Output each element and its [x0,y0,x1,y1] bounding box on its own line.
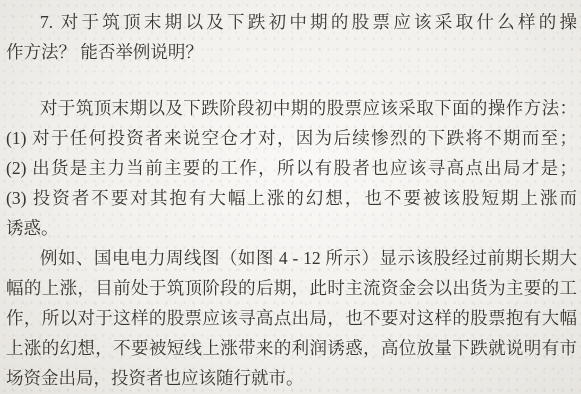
method-item-1: (1) 对于任何投资者来说空仓才对，因为后续惨烈的下跌将不期而至； [6,123,577,153]
methods-intro-line: 对于筑顶末期以及下跌阶段初中期的股票应该采取下面的操作方法： [6,93,577,123]
example-line-2: 幅的上涨，目前处于筑顶阶段的后期，此时主流资金会以出货为主要的工 [6,273,577,303]
example-line-3: 作，所以对于这样的股票应该寻高点出局，也不要对这样的股票抱有大幅 [6,303,577,333]
method-item-2: (2) 出货是主力当前主要的工作，所以有股者也应该寻高点出局才是； [6,153,577,183]
method-item-3-continuation: 诱惑。 [6,213,577,243]
answer-example-paragraph: 例如、国电电力周线图（如图 4 - 12 所示）显示该股经过前期长期大 幅的上涨… [6,243,577,393]
example-line-4: 上涨的幻想，不要被短线上涨带来的利润诱惑，高位放量下跌就说明有市 [6,333,577,363]
question-line-1: 7. 对于筑顶末期以及下跌初中期的股票应该采取什么样的操 [6,7,577,37]
example-line-5: 场资金出局，投资者也应该随行就市。 [6,363,577,393]
answer-methods-paragraph: 对于筑顶末期以及下跌阶段初中期的股票应该采取下面的操作方法： (1) 对于任何投… [6,93,577,243]
method-item-3: (3) 投资者不要对其抱有大幅上涨的幻想，也不要被该股短期上涨而 [6,183,577,213]
question-line-2: 作方法？ 能否举例说明？ [6,37,577,67]
example-line-1: 例如、国电电力周线图（如图 4 - 12 所示）显示该股经过前期长期大 [6,243,577,273]
question-heading: 7. 对于筑顶末期以及下跌初中期的股票应该采取什么样的操 作方法？ 能否举例说明… [6,7,577,67]
scanned-document-page: 7. 对于筑顶末期以及下跌初中期的股票应该采取什么样的操 作方法？ 能否举例说明… [0,0,581,394]
